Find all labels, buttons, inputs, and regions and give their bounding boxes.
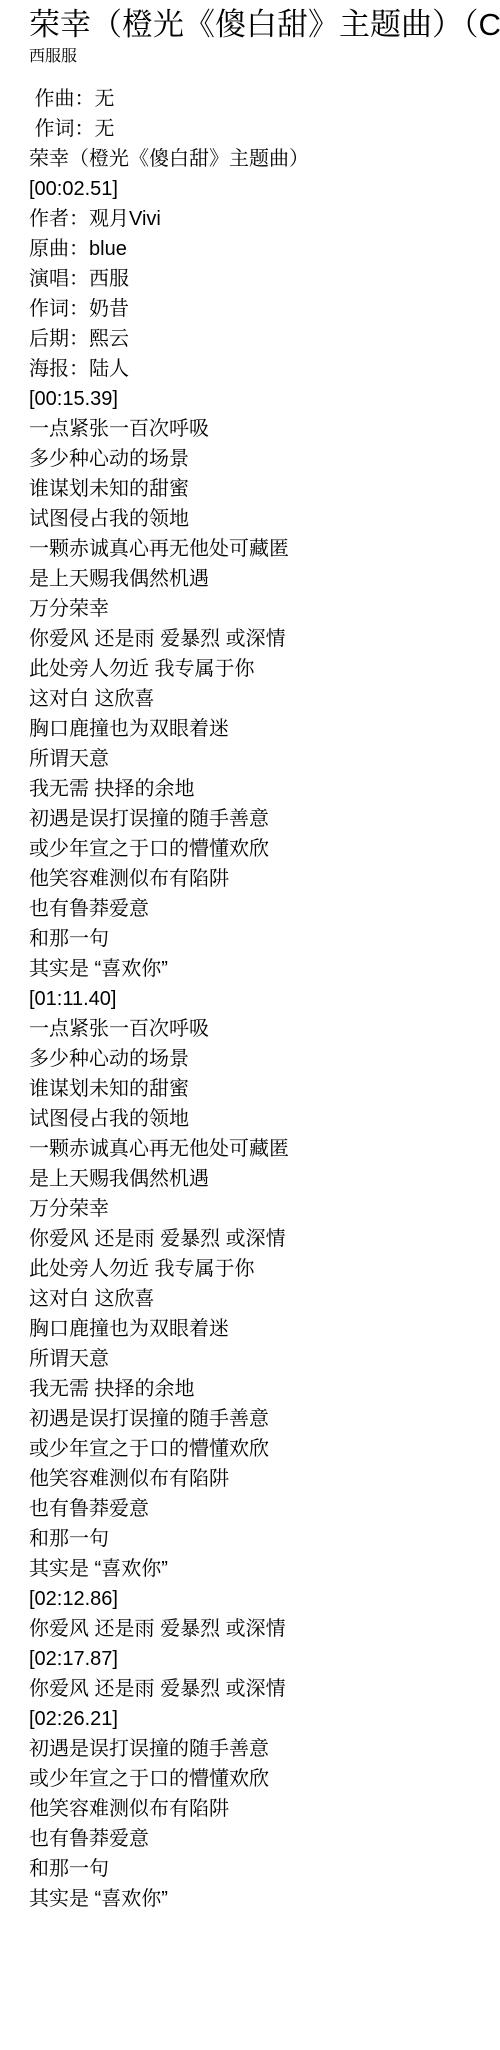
lyric-line: 或少年宣之于口的懵懂欢欣 bbox=[29, 1764, 500, 1794]
lyric-line: 万分荣幸 bbox=[29, 594, 500, 624]
lyric-line: 作者：观月Vivi bbox=[29, 204, 500, 234]
lyric-line: [00:15.39] bbox=[29, 384, 500, 414]
lyric-line: 这对白 这欣喜 bbox=[29, 1284, 500, 1314]
lyric-line: 胸口鹿撞也为双眼着迷 bbox=[29, 1314, 500, 1344]
lyric-line: 所谓天意 bbox=[29, 1344, 500, 1374]
lyric-line: 是上天赐我偶然机遇 bbox=[29, 1164, 500, 1194]
lyric-line: 这对白 这欣喜 bbox=[29, 684, 500, 714]
lyric-line: 和那一句 bbox=[29, 924, 500, 954]
lyric-line: 后期：熙云 bbox=[29, 324, 500, 354]
lyric-line: 他笑容难测似布有陷阱 bbox=[29, 1794, 500, 1824]
lyric-line: 作曲：无 bbox=[29, 84, 500, 114]
lyric-line: 我无需 抉择的余地 bbox=[29, 1374, 500, 1404]
lyric-line: 和那一句 bbox=[29, 1524, 500, 1554]
lyric-line: 也有鲁莽爱意 bbox=[29, 1824, 500, 1854]
lyric-line: 试图侵占我的领地 bbox=[29, 504, 500, 534]
lyric-line: 也有鲁莽爱意 bbox=[29, 894, 500, 924]
artist-name: 西服服 bbox=[29, 47, 500, 67]
lyric-line: 和那一句 bbox=[29, 1854, 500, 1884]
lyric-line: 多少种心动的场景 bbox=[29, 444, 500, 474]
lyric-line: 荣幸（橙光《傻白甜》主题曲） bbox=[29, 144, 500, 174]
lyric-line: 作词：无 bbox=[29, 114, 500, 144]
lyric-line: 万分荣幸 bbox=[29, 1194, 500, 1224]
lyric-line: 你爱风 还是雨 爱暴烈 或深情 bbox=[29, 1674, 500, 1704]
lyric-line: 原曲：blue bbox=[29, 234, 500, 264]
lyric-line: 一点紧张一百次呼吸 bbox=[29, 1014, 500, 1044]
lyric-line: [02:26.21] bbox=[29, 1704, 500, 1734]
lyric-line: 谁谋划未知的甜蜜 bbox=[29, 1074, 500, 1104]
lyric-line: 初遇是误打误撞的随手善意 bbox=[29, 1404, 500, 1434]
lyric-line: 一点紧张一百次呼吸 bbox=[29, 414, 500, 444]
lyric-line: 其实是 “喜欢你” bbox=[29, 1554, 500, 1584]
lyric-line: [02:17.87] bbox=[29, 1644, 500, 1674]
lyric-line: 多少种心动的场景 bbox=[29, 1044, 500, 1074]
lyric-line: 此处旁人勿近 我专属于你 bbox=[29, 654, 500, 684]
lyric-line: 作词：奶昔 bbox=[29, 294, 500, 324]
lyric-line: 我无需 抉择的余地 bbox=[29, 774, 500, 804]
lyric-line: 谁谋划未知的甜蜜 bbox=[29, 474, 500, 504]
lyric-line: 试图侵占我的领地 bbox=[29, 1104, 500, 1134]
lyric-line: 胸口鹿撞也为双眼着迷 bbox=[29, 714, 500, 744]
lyric-line: [00:02.51] bbox=[29, 174, 500, 204]
lyric-line: 也有鲁莽爱意 bbox=[29, 1494, 500, 1524]
song-title: 荣幸（橙光《傻白甜》主题曲）（C bbox=[29, 0, 500, 43]
lyric-line: 其实是 “喜欢你” bbox=[29, 954, 500, 984]
lyric-line: 你爱风 还是雨 爱暴烈 或深情 bbox=[29, 624, 500, 654]
lyric-line: 一颗赤诚真心再无他处可藏匿 bbox=[29, 1134, 500, 1164]
lyric-line: 其实是 “喜欢你” bbox=[29, 1884, 500, 1914]
lyric-line: 初遇是误打误撞的随手善意 bbox=[29, 804, 500, 834]
lyrics-block: 作曲：无 作词：无荣幸（橙光《傻白甜》主题曲）[00:02.51]作者：观月Vi… bbox=[29, 84, 500, 1914]
lyric-line: 你爱风 还是雨 爱暴烈 或深情 bbox=[29, 1224, 500, 1254]
lyric-line: 或少年宣之于口的懵懂欢欣 bbox=[29, 1434, 500, 1464]
lyric-line: 你爱风 还是雨 爱暴烈 或深情 bbox=[29, 1614, 500, 1644]
lyric-line: 他笑容难测似布有陷阱 bbox=[29, 864, 500, 894]
lyric-line: 一颗赤诚真心再无他处可藏匿 bbox=[29, 534, 500, 564]
lyric-line: [01:11.40] bbox=[29, 984, 500, 1014]
lyrics-page: 荣幸（橙光《傻白甜》主题曲）（C 西服服 作曲：无 作词：无荣幸（橙光《傻白甜》… bbox=[0, 0, 500, 1914]
lyric-line: 初遇是误打误撞的随手善意 bbox=[29, 1734, 500, 1764]
lyric-line: [02:12.86] bbox=[29, 1584, 500, 1614]
lyric-line: 此处旁人勿近 我专属于你 bbox=[29, 1254, 500, 1284]
lyric-line: 或少年宣之于口的懵懂欢欣 bbox=[29, 834, 500, 864]
lyric-line: 是上天赐我偶然机遇 bbox=[29, 564, 500, 594]
lyric-line: 演唱：西服 bbox=[29, 264, 500, 294]
lyric-line: 他笑容难测似布有陷阱 bbox=[29, 1464, 500, 1494]
lyric-line: 所谓天意 bbox=[29, 744, 500, 774]
lyric-line: 海报：陆人 bbox=[29, 354, 500, 384]
